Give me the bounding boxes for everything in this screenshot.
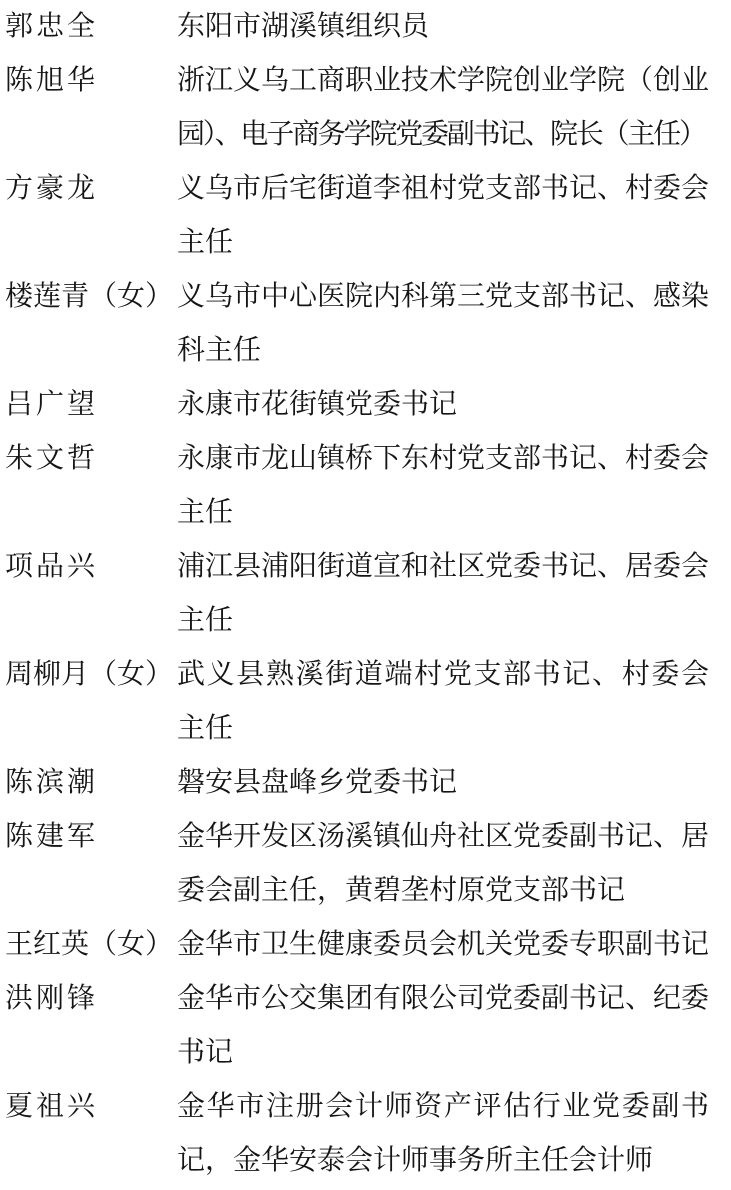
- entry-desc-line: 委会副主任，黄碧垄村原党支部书记: [177, 864, 709, 918]
- entry-name: 项品兴: [5, 540, 177, 594]
- entry-desc-line: 金华开发区汤溪镇仙舟社区党委副书记、居: [177, 810, 709, 864]
- entry-desc-line: 记，金华安泰会计师事务所主任会计师: [177, 1134, 709, 1188]
- entry-desc-line: 磐安县盘峰乡党委书记: [177, 756, 709, 810]
- entry-desc-line: 金华市公交集团有限公司党委副书记、纪委: [177, 972, 709, 1026]
- entry-row: 郭忠全 东阳市湖溪镇组织员: [5, 0, 731, 54]
- entry-desc: 金华市注册会计师资产评估行业党委副书 记，金华安泰会计师事务所主任会计师: [177, 1080, 709, 1188]
- entry-row: 洪刚锋 金华市公交集团有限公司党委副书记、纪委 书记: [5, 972, 731, 1080]
- entry-desc: 磐安县盘峰乡党委书记: [177, 756, 709, 810]
- entry-row: 陈建军 金华开发区汤溪镇仙舟社区党委副书记、居 委会副主任，黄碧垄村原党支部书记: [5, 810, 731, 918]
- entry-name: 楼莲青（女）: [5, 270, 177, 324]
- entry-desc: 金华市公交集团有限公司党委副书记、纪委 书记: [177, 972, 709, 1080]
- entry-desc-line: 主任: [177, 486, 709, 540]
- entry-desc-line: 武义县熟溪街道端村党支部书记、村委会: [177, 648, 709, 702]
- entry-row: 项品兴 浦江县浦阳街道宣和社区党委书记、居委会 主任: [5, 540, 731, 648]
- entry-desc: 东阳市湖溪镇组织员: [177, 0, 709, 54]
- entry-desc-line: 永康市龙山镇桥下东村党支部书记、村委会: [177, 432, 709, 486]
- entry-desc: 永康市花街镇党委书记: [177, 378, 709, 432]
- entry-desc: 金华市卫生健康委员会机关党委专职副书记: [177, 918, 709, 972]
- entry-name: 陈旭华: [5, 54, 177, 108]
- entry-desc-line: 园）、电子商务学院党委副书记、院长（主任）: [177, 108, 709, 162]
- entry-name: 朱文哲: [5, 432, 177, 486]
- entry-desc-line: 主任: [177, 594, 709, 648]
- entry-row: 夏祖兴 金华市注册会计师资产评估行业党委副书 记，金华安泰会计师事务所主任会计师: [5, 1080, 731, 1188]
- entry-row: 方豪龙 义乌市后宅街道李祖村党支部书记、村委会 主任: [5, 162, 731, 270]
- entry-desc: 浙江义乌工商职业技术学院创业学院（创业 园）、电子商务学院党委副书记、院长（主任…: [177, 54, 709, 162]
- entry-desc-line: 永康市花街镇党委书记: [177, 378, 709, 432]
- entry-row: 楼莲青（女） 义乌市中心医院内科第三党支部书记、感染 科主任: [5, 270, 731, 378]
- entry-desc: 义乌市后宅街道李祖村党支部书记、村委会 主任: [177, 162, 709, 270]
- entry-row: 陈旭华 浙江义乌工商职业技术学院创业学院（创业 园）、电子商务学院党委副书记、院…: [5, 54, 731, 162]
- entry-desc-line: 义乌市中心医院内科第三党支部书记、感染: [177, 270, 709, 324]
- entry-row: 吕广望 永康市花街镇党委书记: [5, 378, 731, 432]
- entry-desc-line: 浦江县浦阳街道宣和社区党委书记、居委会: [177, 540, 709, 594]
- entry-desc-line: 主任: [177, 216, 709, 270]
- entry-desc: 武义县熟溪街道端村党支部书记、村委会 主任: [177, 648, 709, 756]
- entry-desc-line: 书记: [177, 1026, 709, 1080]
- entry-row: 周柳月（女） 武义县熟溪街道端村党支部书记、村委会 主任: [5, 648, 731, 756]
- entry-row: 朱文哲 永康市龙山镇桥下东村党支部书记、村委会 主任: [5, 432, 731, 540]
- entry-desc-line: 主任: [177, 702, 709, 756]
- entry-name: 陈建军: [5, 810, 177, 864]
- entry-row: 王红英（女） 金华市卫生健康委员会机关党委专职副书记: [5, 918, 731, 972]
- document-page: 郭忠全 东阳市湖溪镇组织员 陈旭华 浙江义乌工商职业技术学院创业学院（创业 园）…: [0, 0, 731, 1188]
- entry-desc-line: 金华市注册会计师资产评估行业党委副书: [177, 1080, 709, 1134]
- entry-name: 陈滨潮: [5, 756, 177, 810]
- entry-row: 陈滨潮 磐安县盘峰乡党委书记: [5, 756, 731, 810]
- entry-desc: 永康市龙山镇桥下东村党支部书记、村委会 主任: [177, 432, 709, 540]
- entry-name: 洪刚锋: [5, 972, 177, 1026]
- entry-name: 吕广望: [5, 378, 177, 432]
- entry-name: 周柳月（女）: [5, 648, 177, 702]
- entry-desc-line: 浙江义乌工商职业技术学院创业学院（创业: [177, 54, 709, 108]
- entry-name: 方豪龙: [5, 162, 177, 216]
- entry-desc-line: 东阳市湖溪镇组织员: [177, 0, 709, 54]
- entry-name: 夏祖兴: [5, 1080, 177, 1134]
- entry-name: 王红英（女）: [5, 918, 177, 972]
- entry-desc: 金华开发区汤溪镇仙舟社区党委副书记、居 委会副主任，黄碧垄村原党支部书记: [177, 810, 709, 918]
- entry-desc: 浦江县浦阳街道宣和社区党委书记、居委会 主任: [177, 540, 709, 648]
- entry-desc-line: 金华市卫生健康委员会机关党委专职副书记: [177, 918, 709, 972]
- entry-desc-line: 科主任: [177, 324, 709, 378]
- entry-name: 郭忠全: [5, 0, 177, 54]
- entry-desc: 义乌市中心医院内科第三党支部书记、感染 科主任: [177, 270, 709, 378]
- entry-desc-line: 义乌市后宅街道李祖村党支部书记、村委会: [177, 162, 709, 216]
